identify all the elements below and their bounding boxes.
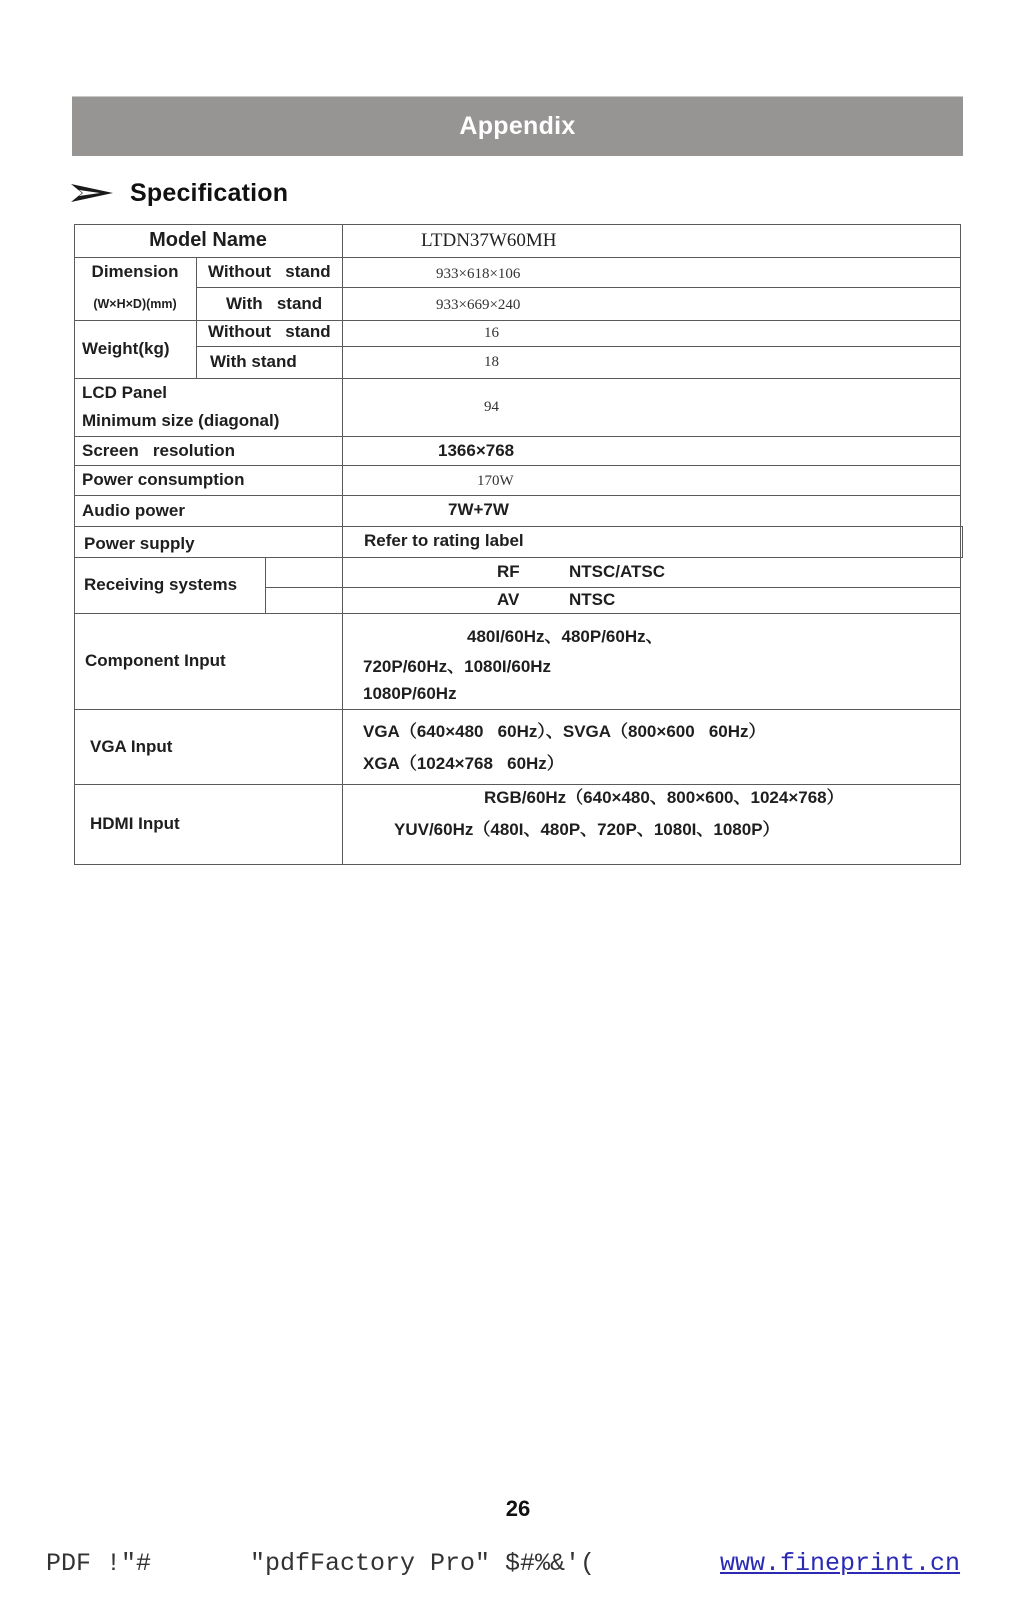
screen-resolution-value: 1366×768: [438, 436, 514, 465]
dimension-with-stand-label: With stand: [226, 287, 322, 320]
weight-with-stand-value: 18: [484, 346, 499, 378]
weight-without-stand-value: 16: [484, 320, 499, 346]
hdmi-input-label: HDMI Input: [90, 784, 180, 864]
footer-left-text: PDF !"#: [46, 1549, 151, 1578]
model-name-label: Model Name: [74, 224, 342, 257]
pdf-footer: PDF !"# "pdfFactory Pro" $#%&'( www.fine…: [46, 1549, 1006, 1579]
receiving-rf-source: RF: [497, 557, 520, 587]
power-supply-label: Power supply: [84, 528, 195, 559]
dimension-without-stand-label: Without stand: [208, 257, 331, 287]
receiving-av-source: AV: [497, 587, 519, 613]
dimension-label: Dimension: [74, 257, 196, 287]
dimension-with-stand-value: 933×669×240: [436, 289, 520, 322]
model-name-value: LTDN37W60MH: [421, 224, 556, 257]
power-consumption-value: 170W: [477, 466, 514, 496]
vga-input-label: VGA Input: [90, 709, 172, 784]
lcd-min-size-value: 94: [484, 378, 499, 436]
screen-resolution-label: Screen resolution: [82, 436, 235, 465]
component-input-line-3: 1080P/60Hz: [363, 680, 457, 708]
footer-middle-text: "pdfFactory Pro" $#%&'(: [250, 1549, 595, 1578]
lcd-panel-label: LCD Panel: [82, 378, 167, 407]
power-supply-value: Refer to rating label: [364, 526, 524, 555]
dimension-without-stand-value: 933×618×106: [436, 259, 520, 289]
weight-without-stand-label: Without stand: [208, 318, 331, 346]
receiving-systems-label: Receiving systems: [84, 557, 237, 613]
footer-link[interactable]: www.fineprint.cn: [720, 1549, 960, 1578]
component-input-line-2: 720P/60Hz、1080I/60Hz: [363, 650, 551, 678]
vga-input-line-1: VGA（640×480 60Hz）、SVGA（800×600 60Hz）: [363, 714, 766, 744]
vga-input-line-2: XGA（1024×768 60Hz）: [363, 746, 564, 776]
hdmi-input-line-2: YUV/60Hz（480I、480P、720P、1080I、1080P）: [394, 812, 780, 842]
receiving-av-system: NTSC: [569, 587, 615, 613]
receiving-rf-system: NTSC/ATSC: [569, 557, 665, 587]
specification-table: Model Name LTDN37W60MH Dimension (W×H×D)…: [0, 0, 1036, 900]
lcd-min-size-label: Minimum size (diagonal): [82, 406, 279, 436]
audio-power-label: Audio power: [82, 495, 185, 526]
hdmi-input-line-1: RGB/60Hz（640×480、800×600、1024×768）: [484, 780, 844, 810]
weight-label: Weight(kg): [82, 320, 196, 378]
component-input-label: Component Input: [85, 613, 226, 709]
weight-with-stand-label: With stand: [210, 346, 297, 378]
power-consumption-label: Power consumption: [82, 465, 244, 495]
audio-power-value: 7W+7W: [448, 495, 509, 524]
component-input-line-1: 480I/60Hz、480P/60Hz、: [467, 620, 663, 648]
dimension-unit-label: (W×H×D)(mm): [74, 287, 196, 320]
page-number: 26: [0, 1496, 1036, 1522]
